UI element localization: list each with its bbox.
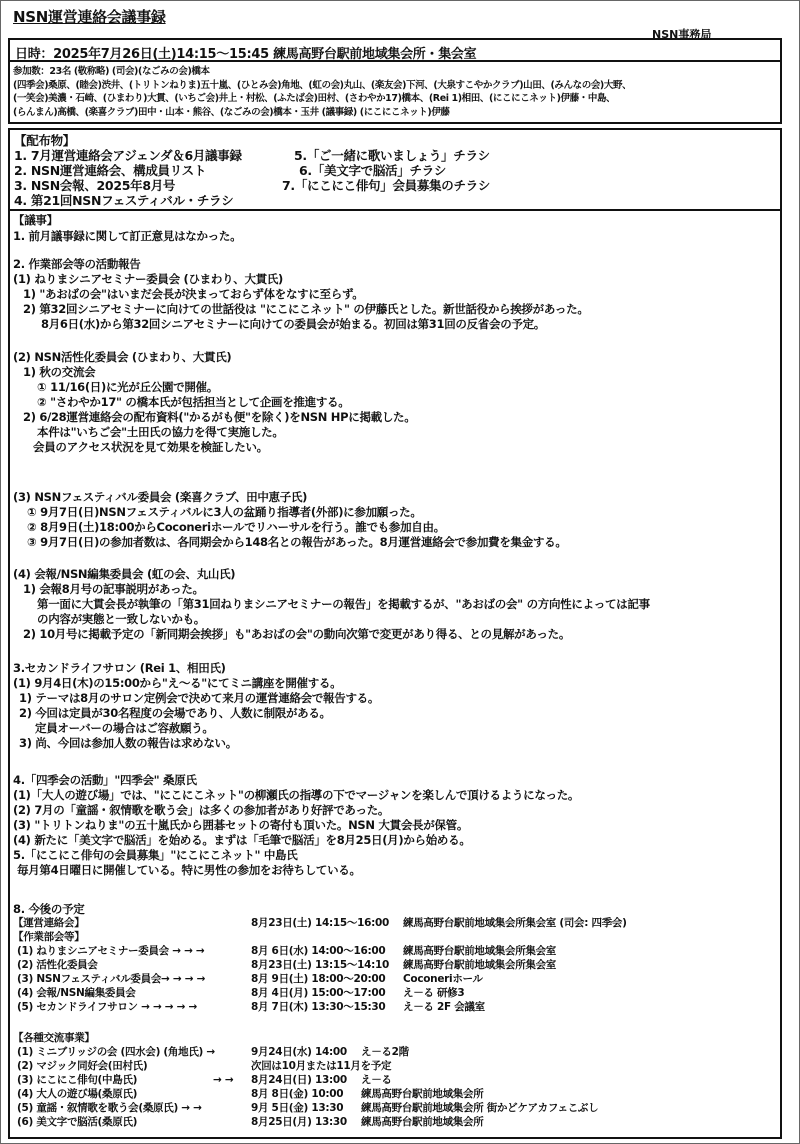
attendance-line: (らんまん)高橋、(楽喜クラブ)田中・山本・熊谷、(なごみの会)橋本・玉井 (議… [10, 106, 631, 120]
attendance-line: (一笑会)美濃・石崎、(ひまわり)大貫、(いちご会)井上・村松、(ふたば会)田村… [10, 92, 631, 106]
wg-row-where: 練馬高野台駅前地域集会所集会室 [403, 959, 556, 972]
wg-row-where: え－る 研修3 [403, 987, 464, 1000]
ex-row-where: 練馬高野台駅前地域集会所 街かどケアカフェこぶし [361, 1102, 598, 1115]
wg-row-name: (2) 活性化委員会 [17, 959, 98, 972]
ex-row-name: (2) マジック同好会(田村氏) [17, 1060, 147, 1073]
wg-row-where: え－る 2F 会議室 [403, 1001, 485, 1014]
minutes-line: 5.「にこにこ俳句の会員募集」"にこにこネット" 中島氏 [13, 848, 297, 863]
minutes-line: (1) ねりまシニアセミナー委員会 (ひまわり、大貫氏) [13, 272, 283, 287]
distribution-item: 6.「美文字で脳活」チラシ [299, 163, 446, 178]
meeting-datetime: 日時：2025年7月26日(土)14:15～15:45 練馬高野台駅前地域集会所… [15, 43, 476, 62]
wg-row-when: 8月 6日(水) 14:00～16:00 [251, 945, 385, 958]
minutes-line: の内容が実態と一致しないかも。 [37, 612, 205, 627]
ex-row-when: 次回は10月または11月を予定 [251, 1060, 391, 1073]
minutes-line: (2) 7月の「童謡・叙情歌を歌う会」は多くの参加者があり好評であった。 [13, 803, 389, 818]
minutes-line: (4) 会報/NSN編集委員会 (虹の会、丸山氏) [13, 567, 235, 582]
ex-row-name: (5) 童謡・叙情歌を歌う会(桑原氏) → → [17, 1102, 202, 1115]
meeting-datetime-box: 日時：2025年7月26日(土)14:15～15:45 練馬高野台駅前地域集会所… [8, 38, 782, 62]
steering-when: 8月23日(土) 14:15～16:00 [251, 917, 389, 930]
ex-row-when: 9月 5日(金) 13:30 [251, 1102, 343, 1115]
wg-row-where: 練馬高野台駅前地域集会所集会室 [403, 945, 556, 958]
minutes-line: 2) 6/28運営連絡会の配布資料("かるがも便"を除く)をNSN HPに掲載し… [23, 410, 415, 425]
minutes-line: 1) 会報8月号の記事説明があった。 [23, 582, 204, 597]
minutes-line: 2. 作業部会等の活動報告 [13, 257, 140, 272]
ex-row-where: え－る [361, 1074, 392, 1087]
minutes-line: 3) 尚、今回は参加人数の報告は求めない。 [19, 736, 237, 751]
minutes-line: (4) 新たに「美文字で脳活」を始める。まずは「毛筆で脳活」を8月25日(月)か… [13, 833, 471, 848]
minutes-line: ① 11/16(日)に光が丘公園で開催。 [37, 380, 218, 395]
minutes-line: 会員のアクセス状況を見て効果を検証したい。 [33, 440, 268, 455]
attendance-line: 参加数：23名 (敬称略) (司会)(なごみの会)橋本 [10, 65, 631, 79]
distribution-item: 2. NSN運営連絡会、構成員リスト [14, 163, 206, 178]
minutes-line: (1)「大人の遊び場」では、"にこにこネット"の柳瀬氏の指導の下でマージャンを楽… [13, 788, 579, 803]
wg-row-when: 8月23日(土) 13:15～14:10 [251, 959, 389, 972]
wg-row-where: Coconeriホール [403, 973, 483, 986]
wg-row-when: 8月 7日(木) 13:30～15:30 [251, 1001, 385, 1014]
minutes-line: (1) 9月4日(木)の15:00から"え～る"にてミニ講座を開催する。 [13, 676, 341, 691]
ex-row-where: え－る2階 [361, 1046, 409, 1059]
distribution-item: 7.「にこにこ俳句」会員募集のチラシ [282, 178, 490, 193]
minutes-line: (3) "トリトンねりま"の五十嵐氏から囲碁セットの寄付も頂いた。NSN 大貫会… [13, 818, 468, 833]
distribution-item: 1. 7月運営連絡会アジェンダ＆6月議事録 [14, 148, 242, 163]
wg-row-name: (1) ねりまシニアセミナー委員会 → → → [17, 945, 204, 958]
minutes-line: (3) NSNフェスティバル委員会 (楽喜クラブ、田中恵子氏) [13, 490, 307, 505]
steering-where: 練馬高野台駅前地域集会所集会室 (司会: 四季会) [403, 917, 627, 930]
ex-row-arrow: → → [213, 1074, 233, 1087]
minutes-line: 毎月第4日曜日に開催している。特に男性の参加をお待ちしている。 [17, 863, 361, 878]
minutes-line: 8. 今後の予定 [13, 902, 84, 917]
minutes-line: ① 9月7日(日)NSNフェスティバルに3人の盆踊り指導者(外部)に参加願った。 [27, 505, 422, 520]
distribution-item: 3. NSN会報、2025年8月号 [14, 178, 175, 193]
document-title: NSN運営連絡会議事録 [13, 6, 166, 27]
distribution-item: 5.「ご一緒に歌いましょう」チラシ [294, 148, 490, 163]
minutes-line: 4.「四季会の活動」"四季会" 桑原氏 [13, 773, 197, 788]
ex-row-where: 練馬高野台駅前地域集会所 [361, 1116, 483, 1129]
exchange-heading: 【各種交流事業】 [13, 1032, 95, 1045]
ex-row-when: 8月 8日(金) 10:00 [251, 1088, 343, 1101]
steering-heading: 【運営連絡会】 [13, 917, 84, 930]
minutes-line: (2) NSN活性化委員会 (ひまわり、大貫氏) [13, 350, 231, 365]
ex-row-name: (1) ミニブリッジの会 (四水会) (角地氏) → [17, 1046, 215, 1059]
minutes-line: 2) 10月号に掲載予定の「新同期会挨拶」も"あおばの会"の動向次第で変更があり… [23, 627, 570, 642]
minutes-line: 本件は"いちご会"土田氏の協力を得て実施した。 [37, 425, 284, 440]
minutes-line: 1. 前月議事録に関して訂正意見はなかった。 [13, 229, 241, 244]
distribution-item: 4. 第21回NSNフェスティバル・チラシ [14, 193, 233, 208]
ex-row-name: (4) 大人の遊び場(桑原氏) [17, 1088, 137, 1101]
minutes-line: 3.セカンドライフサロン (Rei 1、相田氏) [13, 661, 226, 676]
minutes-line: ② "さわやか17" の橋本氏が包括担当として企画を推進する。 [37, 395, 349, 410]
ex-row-when: 8月24日(日) 13:00 [251, 1074, 347, 1087]
minutes-line: 2) 今回は定員が30名程度の会場であり、人数に制限がある。 [19, 706, 331, 721]
minutes-line: 1) テーマは8月のサロン定例会で決めて来月の運営連絡会で報告する。 [19, 691, 379, 706]
ex-row-name: (6) 美文字で脳活(桑原氏) [17, 1116, 137, 1129]
minutes-box: 【議事】 1. 前月議事録に関して訂正意見はなかった。2. 作業部会等の活動報告… [8, 209, 782, 1139]
minutes-line: ③ 9月7日(日)の参加者数は、各同期会から148名との報告があった。8月運営連… [27, 535, 567, 550]
distribution-heading: 【配布物】 [14, 133, 75, 148]
minutes-line: 定員オーバーの場合はご容赦願う。 [35, 721, 214, 736]
wg-row-when: 8月 4日(月) 15:00～17:00 [251, 987, 385, 1000]
ex-row-name: (3) にこにこ俳句(中島氏) [17, 1074, 137, 1087]
minutes-heading: 【議事】 [13, 213, 58, 228]
working-groups-heading: 【作業部会等】 [13, 931, 84, 944]
minutes-line: 8月6日(水)から第32回シニアセミナーに向けての委員会が始まる。初回は第31回… [41, 317, 545, 332]
attendance-box: 参加数：23名 (敬称略) (司会)(なごみの会)橋本 (四季会)桑原、(睦会)… [8, 61, 782, 124]
minutes-line: 第一面に大貫会長が執筆の「第31回ねりまシニアセミナーの報告」を掲載するが、"あ… [37, 597, 650, 612]
minutes-line: 1) "あおばの会"はいまだ会長が決まっておらず体をなすに至らず。 [23, 287, 363, 302]
ex-row-when: 9月24日(水) 14:00 [251, 1046, 347, 1059]
distribution-box: 【配布物】 1. 7月運営連絡会アジェンダ＆6月議事録 2. NSN運営連絡会、… [8, 128, 782, 210]
wg-row-name: (4) 会報/NSN編集委員会 [17, 987, 136, 1000]
wg-row-name: (5) セカンドライフサロン → → → → → [17, 1001, 197, 1014]
wg-row-name: (3) NSNフェスティバル委員会→ → → → [17, 973, 205, 986]
minutes-line: ② 8月9日(土)18:00からCoconeriホールでリハーサルを行う。誰でも… [27, 520, 445, 535]
ex-row-where: 練馬高野台駅前地域集会所 [361, 1088, 483, 1101]
minutes-line: 1) 秋の交流会 [23, 365, 95, 380]
minutes-line: 2) 第32回シニアセミナーに向けての世話役は "にこにこネット" の伊藤氏とし… [23, 302, 589, 317]
ex-row-when: 8月25日(月) 13:30 [251, 1116, 347, 1129]
wg-row-when: 8月 9日(土) 18:00～20:00 [251, 973, 385, 986]
attendance-line: (四季会)桑原、(睦会)渋井、(トリトンねりま)五十嵐、(ひとみ会)角地、(虹の… [10, 79, 631, 93]
